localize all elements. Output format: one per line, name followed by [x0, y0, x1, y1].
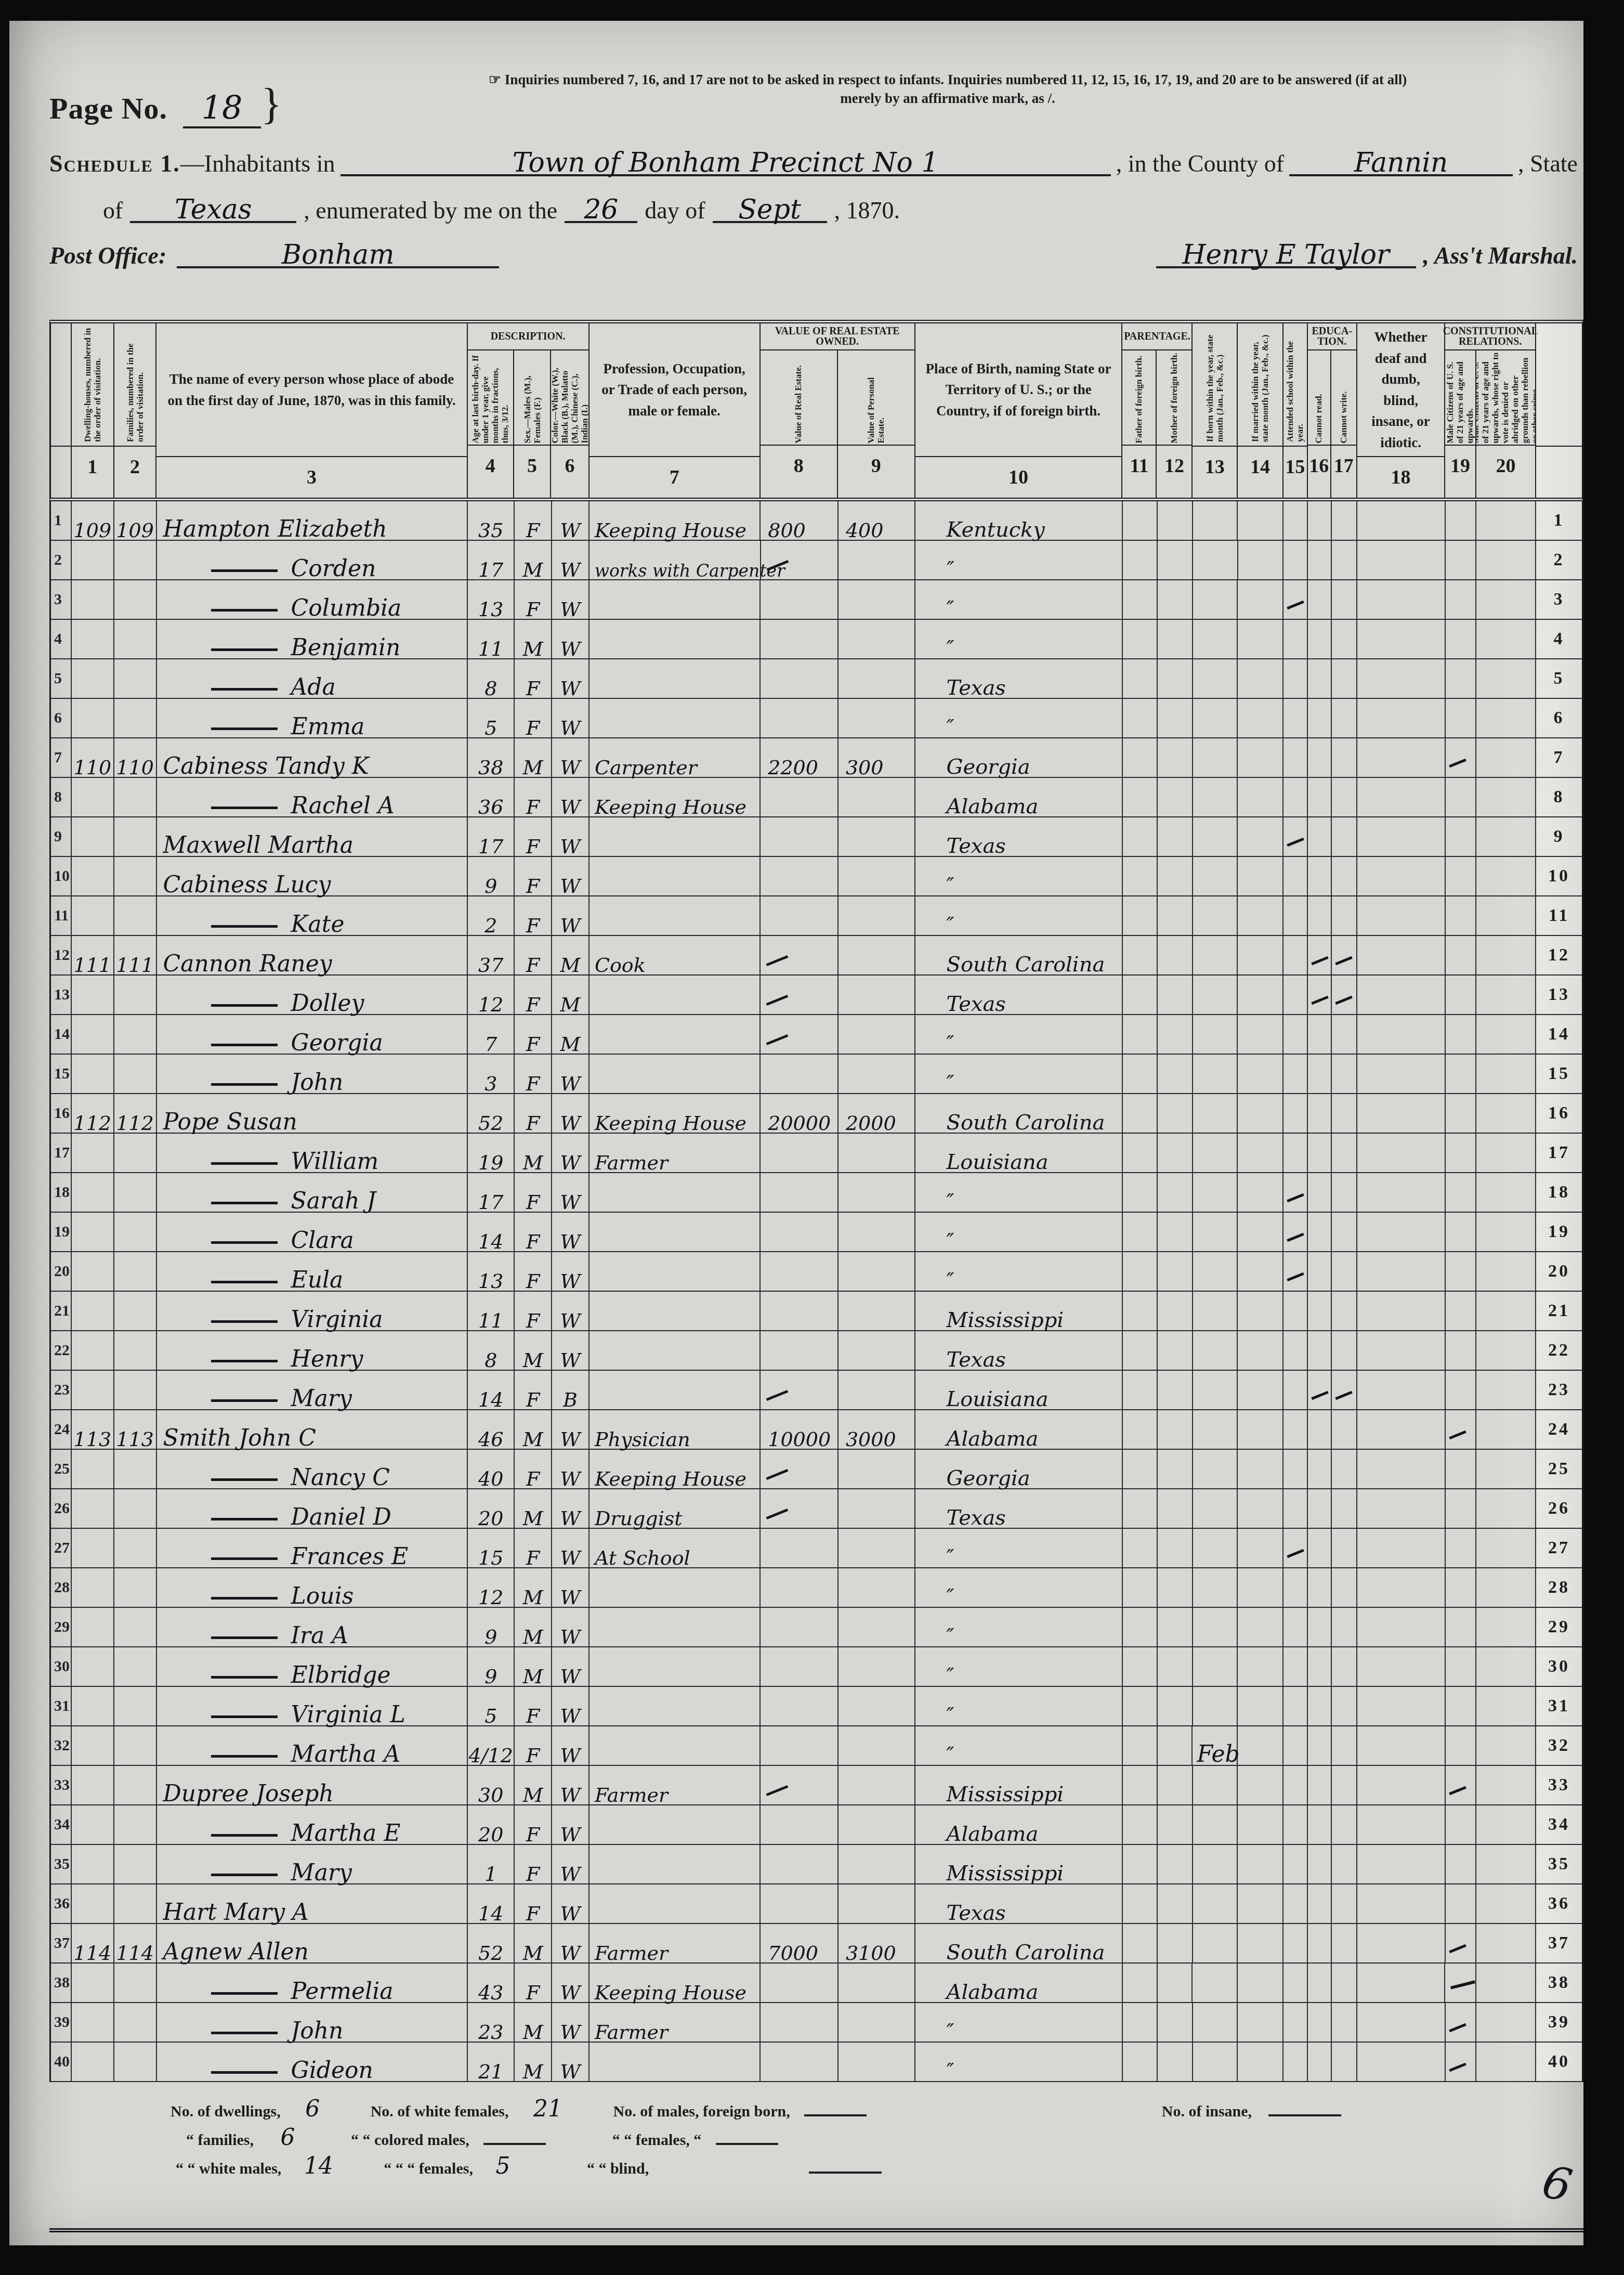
sex-value: M	[522, 562, 543, 578]
cell-c16	[1308, 857, 1332, 895]
cell-c18	[1357, 1766, 1446, 1804]
cell-c16	[1308, 541, 1332, 579]
cell-c16	[1308, 1055, 1332, 1093]
cell-c7	[590, 659, 761, 698]
cell-c15	[1284, 1845, 1308, 1883]
cell-c14	[1238, 1213, 1284, 1251]
male-citizen-tick	[1449, 1786, 1466, 1795]
age-value: 46	[478, 1431, 503, 1448]
cell-c1	[72, 1450, 114, 1488]
table-row: 8Rachel A36FWKeeping HouseAlabama8	[51, 778, 1582, 817]
cell-c6: W	[552, 1292, 590, 1330]
real-estate-value: 10000	[768, 1431, 831, 1448]
cell-c13	[1193, 1489, 1238, 1528]
ditto-dash	[211, 1399, 278, 1402]
cell-c13	[1193, 1766, 1238, 1804]
sex-value: M	[523, 1787, 543, 1803]
cell-c2	[114, 1805, 157, 1844]
cell-c18	[1357, 1331, 1446, 1370]
cell-c17	[1332, 1964, 1357, 2002]
footer-insane-label: No. of insane,	[1162, 2103, 1252, 2120]
table-row: 22Henry8MWTexas22	[51, 1331, 1582, 1371]
table-row: 33Dupree Joseph30MWFarmerMississippi33	[51, 1766, 1582, 1805]
cell-c12	[1158, 1687, 1193, 1725]
cell-c15	[1284, 1924, 1308, 1962]
cell-c12	[1158, 1964, 1193, 2002]
cell-c19	[1446, 1647, 1477, 1686]
sex-value: M	[523, 1589, 543, 1606]
cell-c3: Frances E	[157, 1529, 468, 1567]
cell-c5: F	[515, 896, 552, 935]
cell-c2	[114, 580, 157, 619]
cell-rn: 30	[1536, 1647, 1582, 1686]
cell-c16	[1308, 738, 1332, 777]
cell-c19	[1446, 936, 1477, 974]
cell-rn: 29	[1536, 1608, 1582, 1646]
cell-c13	[1193, 778, 1238, 816]
cell-c7: Keeping House	[590, 778, 761, 816]
table-row: 1109109Hampton Elizabeth35FWKeeping Hous…	[51, 501, 1582, 541]
occupation-value: At School	[595, 1550, 690, 1566]
cell-c7	[590, 1687, 761, 1725]
column-header-c10: Place of Birth, naming State or Territor…	[915, 323, 1123, 498]
cell-rn: 18	[1536, 1173, 1582, 1212]
cell-ln: 37	[51, 1924, 72, 1962]
sex-value: F	[526, 522, 540, 539]
cell-c11	[1123, 1410, 1158, 1449]
cell-c5: M	[515, 1410, 552, 1449]
cell-c10: Alabama	[915, 778, 1123, 816]
cell-ln: 7	[51, 738, 72, 777]
ditto-dash	[211, 569, 278, 572]
color-value: M	[560, 996, 581, 1013]
cell-c9	[839, 580, 915, 619]
cannot-write-tick	[1335, 1391, 1352, 1400]
cell-c3: Mary	[157, 1845, 468, 1883]
color-value: W	[560, 720, 580, 736]
cell-c19	[1446, 1055, 1477, 1093]
footer-bottom-rule	[49, 2228, 1583, 2232]
cell-c4: 43	[468, 1964, 515, 2002]
cell-c4: 37	[468, 936, 515, 974]
sex-value: M	[523, 1510, 543, 1527]
cell-c20	[1476, 1687, 1536, 1725]
person-name: Nancy C	[291, 1468, 390, 1487]
census-table: Dwelling-houses, numbered in the order o…	[49, 320, 1583, 2082]
cell-c7: Farmer	[590, 1766, 761, 1804]
cell-c18	[1357, 1213, 1446, 1251]
cannot-read-tick	[1311, 1391, 1328, 1400]
ditto-dash	[211, 925, 278, 928]
cell-c17	[1332, 1292, 1357, 1330]
table-row: 37114114Agnew Allen52MWFarmer70003100Sou…	[51, 1924, 1582, 1964]
birthplace-value: Texas	[947, 1509, 1006, 1527]
cell-c14	[1238, 1331, 1284, 1370]
footer-males-foreign-blank	[804, 2112, 867, 2116]
cell-c19	[1446, 1410, 1477, 1449]
cell-c18	[1357, 501, 1446, 540]
person-name: Eula	[291, 1270, 344, 1290]
cell-c15	[1284, 1055, 1308, 1093]
color-value: W	[560, 1431, 580, 1448]
column-label-c12: Mother of foreign birth.	[1157, 350, 1191, 446]
cell-c1	[72, 541, 114, 579]
footer-handwritten-annotation: 6	[1538, 2155, 1576, 2212]
cell-c3: Benjamin	[157, 620, 468, 658]
cell-c2	[114, 541, 157, 579]
cell-c10: South Carolina	[915, 1924, 1123, 1962]
cell-c14	[1238, 976, 1284, 1014]
cell-c3: John	[157, 1055, 468, 1093]
cell-rn: 31	[1536, 1687, 1582, 1725]
table-row: 16112112Pope Susan52FWKeeping House20000…	[51, 1094, 1582, 1134]
cell-c8	[761, 1766, 839, 1804]
column-label-c20: Male Citizens of U. S. of 21 years of ag…	[1476, 350, 1536, 446]
cell-c20	[1476, 699, 1536, 737]
cell-c11	[1123, 1964, 1158, 2002]
birthplace-ditto: ″	[947, 1232, 954, 1250]
birthplace-value: Mississippi	[947, 1865, 1064, 1882]
cell-c14	[1238, 1173, 1284, 1212]
cell-c6: W	[552, 1173, 590, 1212]
cell-c17	[1332, 1094, 1357, 1133]
birthplace-ditto: ″	[947, 600, 954, 618]
sex-value: M	[523, 641, 543, 657]
cell-c1	[72, 2043, 114, 2081]
cell-c7: Farmer	[590, 1924, 761, 1962]
cell-c17	[1332, 1766, 1357, 1804]
attended-school-tick	[1287, 838, 1304, 847]
cell-c18	[1357, 1608, 1446, 1646]
cell-c17	[1332, 1647, 1357, 1686]
cell-c19	[1446, 1884, 1477, 1923]
color-value: W	[560, 641, 580, 657]
cell-c14	[1238, 1726, 1284, 1765]
cell-c4: 1	[468, 1845, 515, 1883]
column-number-ln	[51, 447, 71, 487]
cell-c16	[1308, 2043, 1332, 2081]
cell-c3: Dolley	[157, 976, 468, 1014]
cell-c7	[590, 1213, 761, 1251]
table-row: 6Emma5FW″6	[51, 699, 1582, 738]
cell-c19	[1446, 2003, 1477, 2042]
footer-dwellings-value: 6	[305, 2096, 320, 2122]
birthplace-ditto: ″	[947, 877, 954, 894]
cell-c3: Gideon	[157, 2043, 468, 2081]
cell-c17	[1332, 1608, 1357, 1646]
ditto-dash	[211, 688, 278, 691]
cell-c13	[1193, 1884, 1238, 1923]
column-label-text-c19: Male Citizens of U. S. of 21 years of ag…	[1445, 352, 1475, 443]
cell-rn: 15	[1536, 1055, 1582, 1093]
cell-c12	[1158, 501, 1193, 540]
cell-c17	[1332, 1173, 1357, 1212]
cell-c10: ″	[915, 2003, 1123, 2042]
cell-c11	[1123, 1766, 1158, 1804]
occupation-value: Physician	[595, 1431, 690, 1448]
birthplace-ditto: ″	[947, 1746, 954, 1764]
birthplace-ditto: ″	[947, 916, 954, 934]
cell-c6: W	[552, 580, 590, 619]
column-label-text-c17: Cannot write.	[1339, 352, 1348, 443]
cell-c11	[1123, 1924, 1158, 1962]
cell-c12	[1158, 1884, 1193, 1923]
cell-c5: F	[515, 1055, 552, 1093]
cell-c8	[761, 936, 839, 974]
cell-c17	[1332, 659, 1357, 698]
cell-c6: W	[552, 699, 590, 737]
personal-estate-value: 3100	[846, 1945, 896, 1961]
age-value: 11	[478, 641, 503, 657]
color-value: W	[560, 1984, 580, 2001]
column-label-text-c9: Value of Personal Estate.	[866, 352, 886, 443]
cell-c19	[1446, 857, 1477, 895]
cell-c14	[1238, 1647, 1284, 1686]
cell-c9	[839, 857, 915, 895]
cell-rn: 1	[1536, 501, 1582, 540]
cell-c20	[1476, 1726, 1536, 1765]
cell-c1	[72, 896, 114, 935]
cell-c3: Kate	[157, 896, 468, 935]
ditto-dash	[211, 1004, 278, 1007]
person-name: Hampton Elizabeth	[163, 519, 387, 539]
cell-c20	[1476, 1252, 1536, 1291]
cell-c12	[1158, 1015, 1193, 1054]
cell-c14	[1238, 659, 1284, 698]
cell-c4: 14	[468, 1371, 515, 1409]
age-value: 2	[484, 917, 497, 934]
cell-c12	[1158, 1094, 1193, 1133]
footer-females-label: “ “ “ females,	[384, 2160, 473, 2177]
cell-c14	[1238, 1015, 1284, 1054]
column-group-label-value: VALUE OF REAL ESTATE OWNED.	[761, 323, 914, 350]
cell-c18	[1357, 1845, 1446, 1883]
cell-c13	[1193, 1331, 1238, 1370]
cell-c7	[590, 1647, 761, 1686]
cell-c17	[1332, 1331, 1357, 1370]
cell-c15	[1284, 896, 1308, 935]
cell-c7	[590, 1726, 761, 1765]
age-value: 17	[478, 1194, 503, 1211]
cell-c2: 114	[114, 1924, 157, 1962]
person-name: Virginia	[291, 1310, 383, 1329]
age-value: 3	[484, 1075, 497, 1092]
column-group-cols-education: Cannot read.16Cannot write.17	[1308, 350, 1356, 498]
column-label-ln	[51, 323, 71, 447]
cell-c2	[114, 1608, 157, 1646]
cell-c6: W	[552, 1055, 590, 1093]
birthplace-value: Texas	[947, 679, 1006, 697]
table-row: 11Kate2FW″11	[51, 896, 1582, 936]
cell-c20	[1476, 1213, 1536, 1251]
cell-c3: Smith John C	[157, 1410, 468, 1449]
cell-ln: 32	[51, 1726, 72, 1765]
cell-c8: 10000	[761, 1410, 839, 1449]
column-header-c5: Sex.—Males (M.), Females (F.)5	[514, 350, 551, 498]
cell-c10: ″	[915, 1726, 1123, 1765]
sex-value: F	[526, 957, 540, 973]
cell-c6: M	[552, 936, 590, 974]
day-value: 26	[565, 199, 637, 223]
birthplace-ditto: ″	[947, 1074, 954, 1092]
cell-c17	[1332, 1015, 1357, 1054]
table-row: 15John3FW″15	[51, 1055, 1582, 1094]
title-seg7: , 1870.	[834, 197, 900, 224]
cell-c20	[1476, 659, 1536, 698]
cell-c15	[1284, 1489, 1308, 1528]
cell-c14	[1238, 1766, 1284, 1804]
birth-month-value: Feb	[1197, 1745, 1239, 1764]
cell-c20	[1476, 501, 1536, 540]
cell-c18	[1357, 1726, 1446, 1765]
age-value: 14	[478, 1392, 503, 1408]
cell-c10: Georgia	[915, 738, 1123, 777]
cell-c6: W	[552, 501, 590, 540]
birthplace-value: Alabama	[947, 1430, 1039, 1448]
cell-c19	[1446, 1529, 1477, 1567]
cell-rn: 12	[1536, 936, 1582, 974]
cell-c10: Georgia	[915, 1450, 1123, 1488]
ditto-dash	[211, 1755, 278, 1758]
color-value: W	[560, 1312, 580, 1329]
ditto-dash	[211, 1241, 278, 1244]
cell-c2	[114, 857, 157, 895]
cell-c17	[1332, 738, 1357, 777]
cell-c20	[1476, 1055, 1536, 1093]
cell-c9	[839, 1173, 915, 1212]
cell-c13	[1193, 501, 1238, 540]
cell-c1: 112	[72, 1094, 114, 1133]
cell-c15	[1284, 1252, 1308, 1291]
cell-c17	[1332, 1252, 1357, 1291]
cell-rn: 3	[1536, 580, 1582, 619]
sex-value: F	[526, 1194, 540, 1211]
cell-c4: 52	[468, 1924, 515, 1962]
cell-c3: Mary	[157, 1371, 468, 1409]
age-value: 35	[478, 522, 503, 539]
page-brace: }	[261, 79, 282, 129]
cell-c8	[761, 1173, 839, 1212]
cell-c14	[1238, 857, 1284, 895]
birthplace-value: South Carolina	[947, 1944, 1105, 1961]
cell-c17	[1332, 1884, 1357, 1923]
cell-c16	[1308, 1529, 1332, 1567]
cell-c15	[1284, 1884, 1308, 1923]
age-value: 8	[484, 1352, 497, 1369]
cell-c13	[1193, 699, 1238, 737]
birthplace-ditto: ″	[947, 1549, 954, 1566]
cell-c12	[1158, 1331, 1193, 1370]
color-value: W	[560, 1273, 580, 1290]
cannot-read-tick	[1311, 996, 1328, 1005]
cell-c10: ″	[915, 896, 1123, 935]
cell-c11	[1123, 620, 1158, 658]
cell-c19	[1446, 699, 1477, 737]
cell-c9	[839, 1608, 915, 1646]
cell-c4: 12	[468, 976, 515, 1014]
cell-c18	[1357, 857, 1446, 895]
cell-c16	[1308, 1410, 1332, 1449]
division-value: Town of Bonham Precinct No 1	[340, 152, 1111, 176]
person-name: Daniel D	[291, 1507, 391, 1527]
post-office-line: Post Office: Bonham Henry E Taylor , Ass…	[49, 242, 1578, 269]
cell-c14	[1238, 936, 1284, 974]
cell-c15	[1284, 1213, 1308, 1251]
ditto-dash	[211, 1834, 278, 1837]
cell-c9	[839, 1134, 915, 1172]
color-value: W	[560, 1233, 580, 1250]
birthplace-ditto: ″	[947, 1628, 954, 1645]
cell-c9	[839, 2043, 915, 2081]
cell-c1: 109	[72, 501, 114, 540]
ditto-dash	[211, 1360, 278, 1362]
cell-c10: Texas	[915, 659, 1123, 698]
cell-c1	[72, 1647, 114, 1686]
cell-c7: Keeping House	[590, 501, 761, 540]
sex-value: F	[526, 1115, 540, 1132]
cell-c6: W	[552, 1766, 590, 1804]
cell-c15	[1284, 857, 1308, 895]
cell-c4: 52	[468, 1094, 515, 1133]
cell-c14	[1238, 1489, 1284, 1528]
column-header-c6: Color.—White (W.), Black (B.), Mulatto (…	[551, 350, 588, 498]
column-label-c2: Families, numbered in the order of visit…	[114, 323, 156, 447]
age-value: 1	[484, 1866, 497, 1882]
cell-c2	[114, 1015, 157, 1054]
cell-c3: Martha E	[157, 1805, 468, 1844]
cell-c15	[1284, 1134, 1308, 1172]
cell-c1	[72, 778, 114, 816]
cell-c6: W	[552, 1134, 590, 1172]
column-label-rn	[1536, 323, 1582, 447]
cell-c8: 7000	[761, 1924, 839, 1962]
table-row: 26Daniel D20MWDruggistTexas26	[51, 1489, 1582, 1529]
cell-c14	[1238, 1924, 1284, 1962]
cell-c19	[1446, 580, 1477, 619]
cell-c6: W	[552, 1529, 590, 1567]
cell-c11	[1123, 1292, 1158, 1330]
cell-c5: F	[515, 1213, 552, 1251]
cell-c1: 114	[72, 1924, 114, 1962]
cell-c11	[1123, 1647, 1158, 1686]
personal-estate-value: 400	[846, 522, 884, 539]
male-citizen-tick	[1449, 2023, 1466, 2032]
column-number-c2: 2	[114, 447, 156, 487]
cell-ln: 5	[51, 659, 72, 698]
cell-c5: F	[515, 659, 552, 698]
cell-c6: W	[552, 2043, 590, 2081]
cell-c2	[114, 1331, 157, 1370]
cell-c18	[1357, 936, 1446, 974]
cell-c16	[1308, 1568, 1332, 1607]
person-name: Agnew Allen	[163, 1942, 309, 1961]
table-row: 30Elbridge9MW″30	[51, 1647, 1582, 1687]
cell-c16	[1308, 2003, 1332, 2042]
cell-c19	[1446, 1252, 1477, 1291]
column-number-c18: 18	[1357, 457, 1445, 498]
cell-c11	[1123, 659, 1158, 698]
column-group-education: EDUCA-TION.Cannot read.16Cannot write.17	[1308, 323, 1357, 498]
cell-c10: Texas	[915, 1331, 1123, 1370]
cell-c14	[1238, 1845, 1284, 1883]
cell-c17	[1332, 1726, 1357, 1765]
cell-c2: 110	[114, 738, 157, 777]
cell-c8	[761, 1687, 839, 1725]
cell-c3: Dupree Joseph	[157, 1766, 468, 1804]
instruction-note: ☞ Inquiries numbered 7, 16, and 17 are n…	[342, 70, 1553, 108]
cell-c4: 30	[468, 1766, 515, 1804]
cell-c2	[114, 1489, 157, 1528]
